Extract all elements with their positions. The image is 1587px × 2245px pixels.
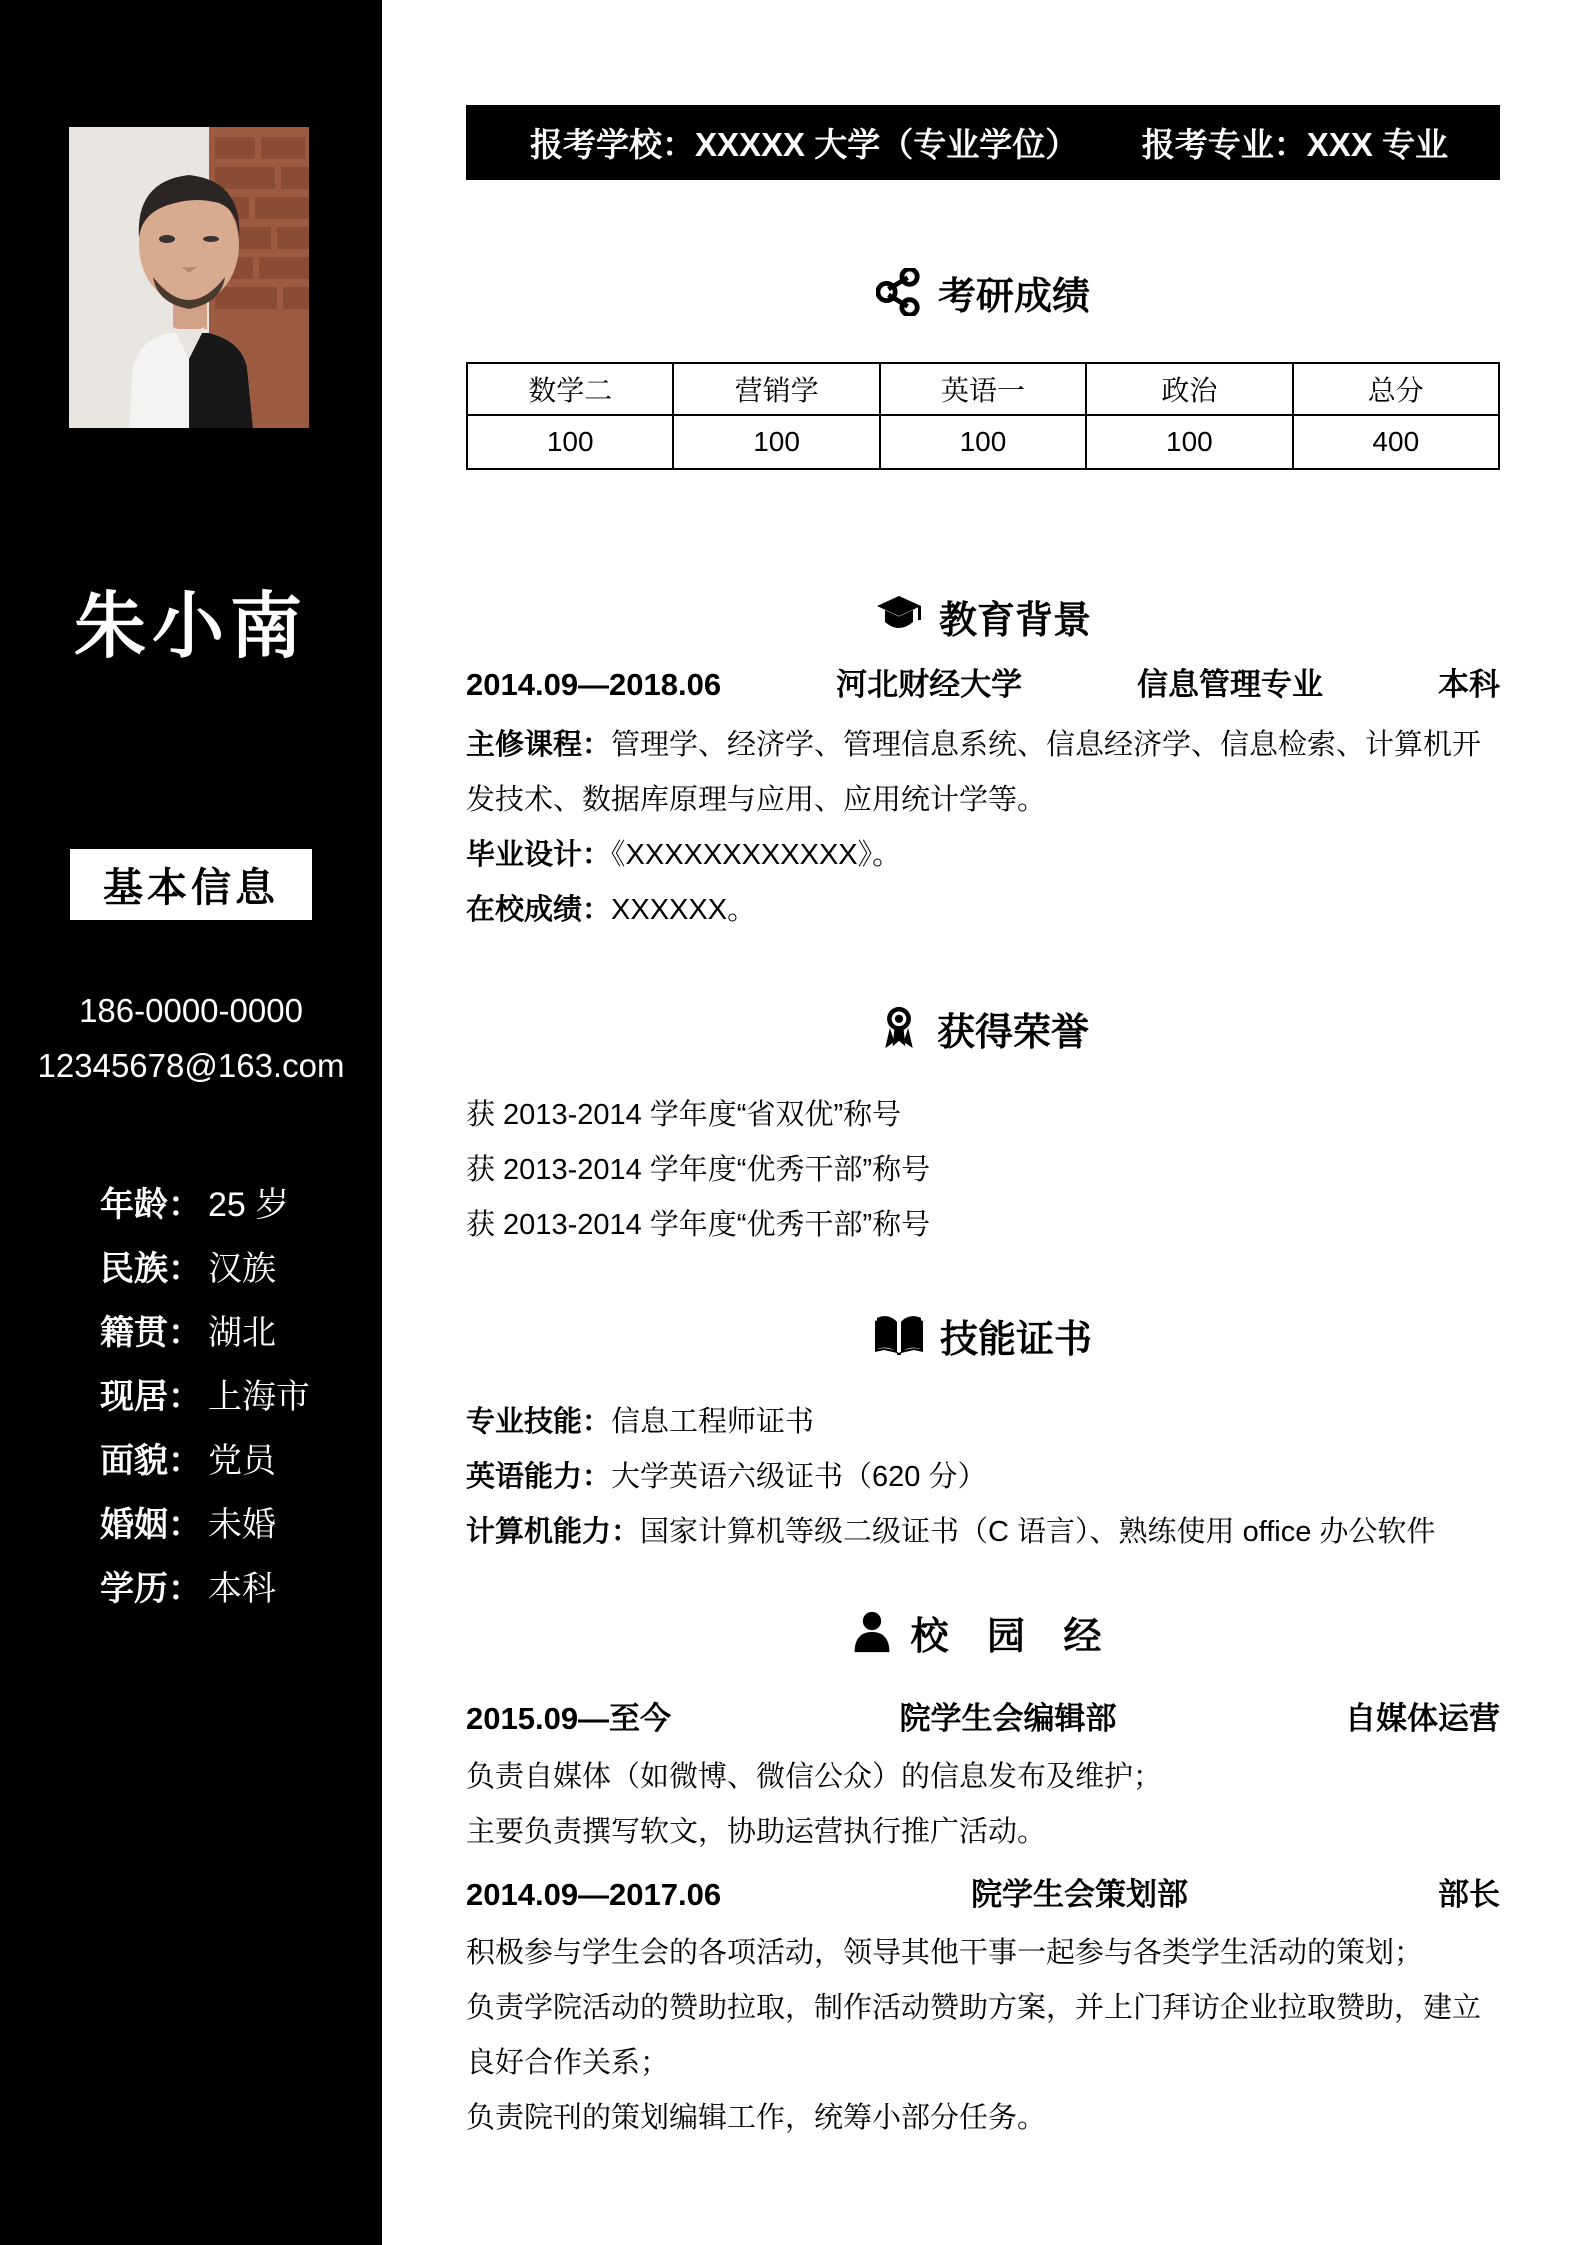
score-value: 100 <box>1086 415 1292 469</box>
section-heading-campus: 校 园 经 <box>466 1606 1500 1658</box>
sidebar: 朱小南 基本信息 186-0000-0000 12345678@163.com … <box>0 0 382 2245</box>
entry-line: 负责自媒体（如微博、微信公众）的信息发布及维护； <box>466 1750 1500 1805</box>
score-subject: 数学二 <box>467 363 673 415</box>
entry-line: 负责院刊的策划编辑工作，统筹小部分任务。 <box>466 2091 1500 2146</box>
education-courses: 主修课程：管理学、经济学、管理信息系统、信息经济学、信息检索、计算机开发技术、数… <box>466 718 1500 828</box>
resume-page: { "sidebar": { "name": "朱小南", "section_l… <box>0 0 1587 2245</box>
basic-info-label: 基本信息 <box>70 849 312 920</box>
entry-period: 2015.09—至今 <box>466 1700 671 1738</box>
education-degree: 本科 <box>1438 666 1500 704</box>
phone-number: 186-0000-0000 <box>0 983 382 1038</box>
campus-entry-details: 积极参与学生会的各项活动，领导其他干事一起参与各类学生活动的策划； 负责学院活动… <box>466 1926 1500 2146</box>
person-icon <box>850 1609 894 1655</box>
detail-degree: 学历：本科 <box>100 1561 310 1601</box>
application-header-bar: 报考学校：XXXXX 大学（专业学位） 报考专业：XXX 专业 <box>466 105 1500 180</box>
skill-item: 专业技能：信息工程师证书 <box>466 1395 1500 1450</box>
honor-item: 获 2013-2014 学年度“优秀干部”称号 <box>466 1143 1500 1198</box>
section-heading-honors: 获得荣誉 <box>466 1002 1500 1054</box>
score-subject: 营销学 <box>673 363 879 415</box>
basic-info-text: 基本信息 <box>103 856 279 913</box>
detail-hometown: 籍贯：湖北 <box>100 1305 310 1345</box>
education-major: 信息管理专业 <box>1137 666 1323 704</box>
score-value: 100 <box>673 415 879 469</box>
score-value: 100 <box>880 415 1086 469</box>
personal-details: 年龄：25 岁 民族：汉族 籍贯：湖北 现居：上海市 面貌：党员 婚姻：未婚 学… <box>100 1177 310 1625</box>
entry-line: 负责学院活动的赞助拉取，制作活动赞助方案，并上门拜访企业拉取赞助，建立良好合作关… <box>466 1981 1500 2091</box>
campus-title: 校 园 经 <box>910 1605 1115 1660</box>
honors-title: 获得荣誉 <box>937 1001 1089 1056</box>
section-heading-skills: 技能证书 <box>466 1309 1500 1361</box>
education-period: 2014.09—2018.06 <box>466 666 721 704</box>
skills-title: 技能证书 <box>940 1308 1092 1363</box>
campus-entry-title: 2014.09—2017.06 院学生会策划部 部长 <box>466 1876 1500 1914</box>
entry-org: 院学生会编辑部 <box>900 1700 1117 1738</box>
contact-block: 186-0000-0000 12345678@163.com <box>0 983 382 1093</box>
entry-role: 自媒体运营 <box>1345 1700 1500 1738</box>
score-subject: 政治 <box>1086 363 1292 415</box>
candidate-name: 朱小南 <box>0 568 382 672</box>
education-grades: 在校成绩：XXXXXX。 <box>466 883 1500 938</box>
profile-photo <box>69 127 309 428</box>
entry-period: 2014.09—2017.06 <box>466 1876 721 1914</box>
section-heading-scores: 考研成绩 <box>466 266 1500 318</box>
scores-header-row: 数学二 营销学 英语一 政治 总分 <box>467 363 1499 415</box>
detail-political-status: 面貌：党员 <box>100 1433 310 1473</box>
entry-line: 积极参与学生会的各项活动，领导其他干事一起参与各类学生活动的策划； <box>466 1926 1500 1981</box>
section-heading-education: 教育背景 <box>466 590 1500 642</box>
graduation-cap-icon <box>875 592 923 640</box>
education-school: 河北财经大学 <box>836 666 1022 704</box>
share-icon <box>876 268 922 316</box>
score-subject: 英语一 <box>880 363 1086 415</box>
campus-entry-title: 2015.09—至今 院学生会编辑部 自媒体运营 <box>466 1700 1500 1738</box>
skill-item: 英语能力：大学英语六级证书（620 分） <box>466 1450 1500 1505</box>
education-thesis: 毕业设计：《XXXXXXXXXXXX》。 <box>466 828 1500 883</box>
education-title: 教育背景 <box>939 589 1091 644</box>
campus-entry-details: 负责自媒体（如微博、微信公众）的信息发布及维护； 主要负责撰写软文，协助运营执行… <box>466 1750 1500 1860</box>
main-content: 报考学校：XXXXX 大学（专业学位） 报考专业：XXX 专业 考研成绩 数学二… <box>466 0 1500 2146</box>
email-address: 12345678@163.com <box>0 1038 382 1093</box>
honor-item: 获 2013-2014 学年度“省双优”称号 <box>466 1088 1500 1143</box>
scores-title: 考研成绩 <box>938 265 1090 320</box>
honors-list: 获 2013-2014 学年度“省双优”称号 获 2013-2014 学年度“优… <box>466 1088 1500 1253</box>
medal-icon <box>877 1003 921 1053</box>
education-details: 主修课程：管理学、经济学、管理信息系统、信息经济学、信息检索、计算机开发技术、数… <box>466 718 1500 938</box>
detail-residence: 现居：上海市 <box>100 1369 310 1409</box>
detail-marital-status: 婚姻：未婚 <box>100 1497 310 1537</box>
scores-value-row: 100 100 100 100 400 <box>467 415 1499 469</box>
score-value: 400 <box>1293 415 1499 469</box>
entry-role: 部长 <box>1438 1876 1500 1914</box>
detail-ethnicity: 民族：汉族 <box>100 1241 310 1281</box>
target-major: 报考专业：XXX 专业 <box>1142 119 1448 166</box>
entry-org: 院学生会策划部 <box>971 1876 1188 1914</box>
entry-line: 主要负责撰写软文，协助运营执行推广活动。 <box>466 1805 1500 1860</box>
scores-table: 数学二 营销学 英语一 政治 总分 100 100 100 100 400 <box>466 362 1500 470</box>
skill-item: 计算机能力：国家计算机等级二级证书（C 语言）、熟练使用 office 办公软件 <box>466 1505 1500 1560</box>
education-degree-line: 2014.09—2018.06 河北财经大学 信息管理专业 本科 <box>466 666 1500 704</box>
target-school: 报考学校：XXXXX 大学（专业学位） <box>530 119 1078 166</box>
detail-age: 年龄：25 岁 <box>100 1177 310 1217</box>
skills-list: 专业技能：信息工程师证书 英语能力：大学英语六级证书（620 分） 计算机能力：… <box>466 1395 1500 1560</box>
score-subject: 总分 <box>1293 363 1499 415</box>
open-book-icon <box>874 1313 924 1357</box>
honor-item: 获 2013-2014 学年度“优秀干部”称号 <box>466 1198 1500 1253</box>
score-value: 100 <box>467 415 673 469</box>
